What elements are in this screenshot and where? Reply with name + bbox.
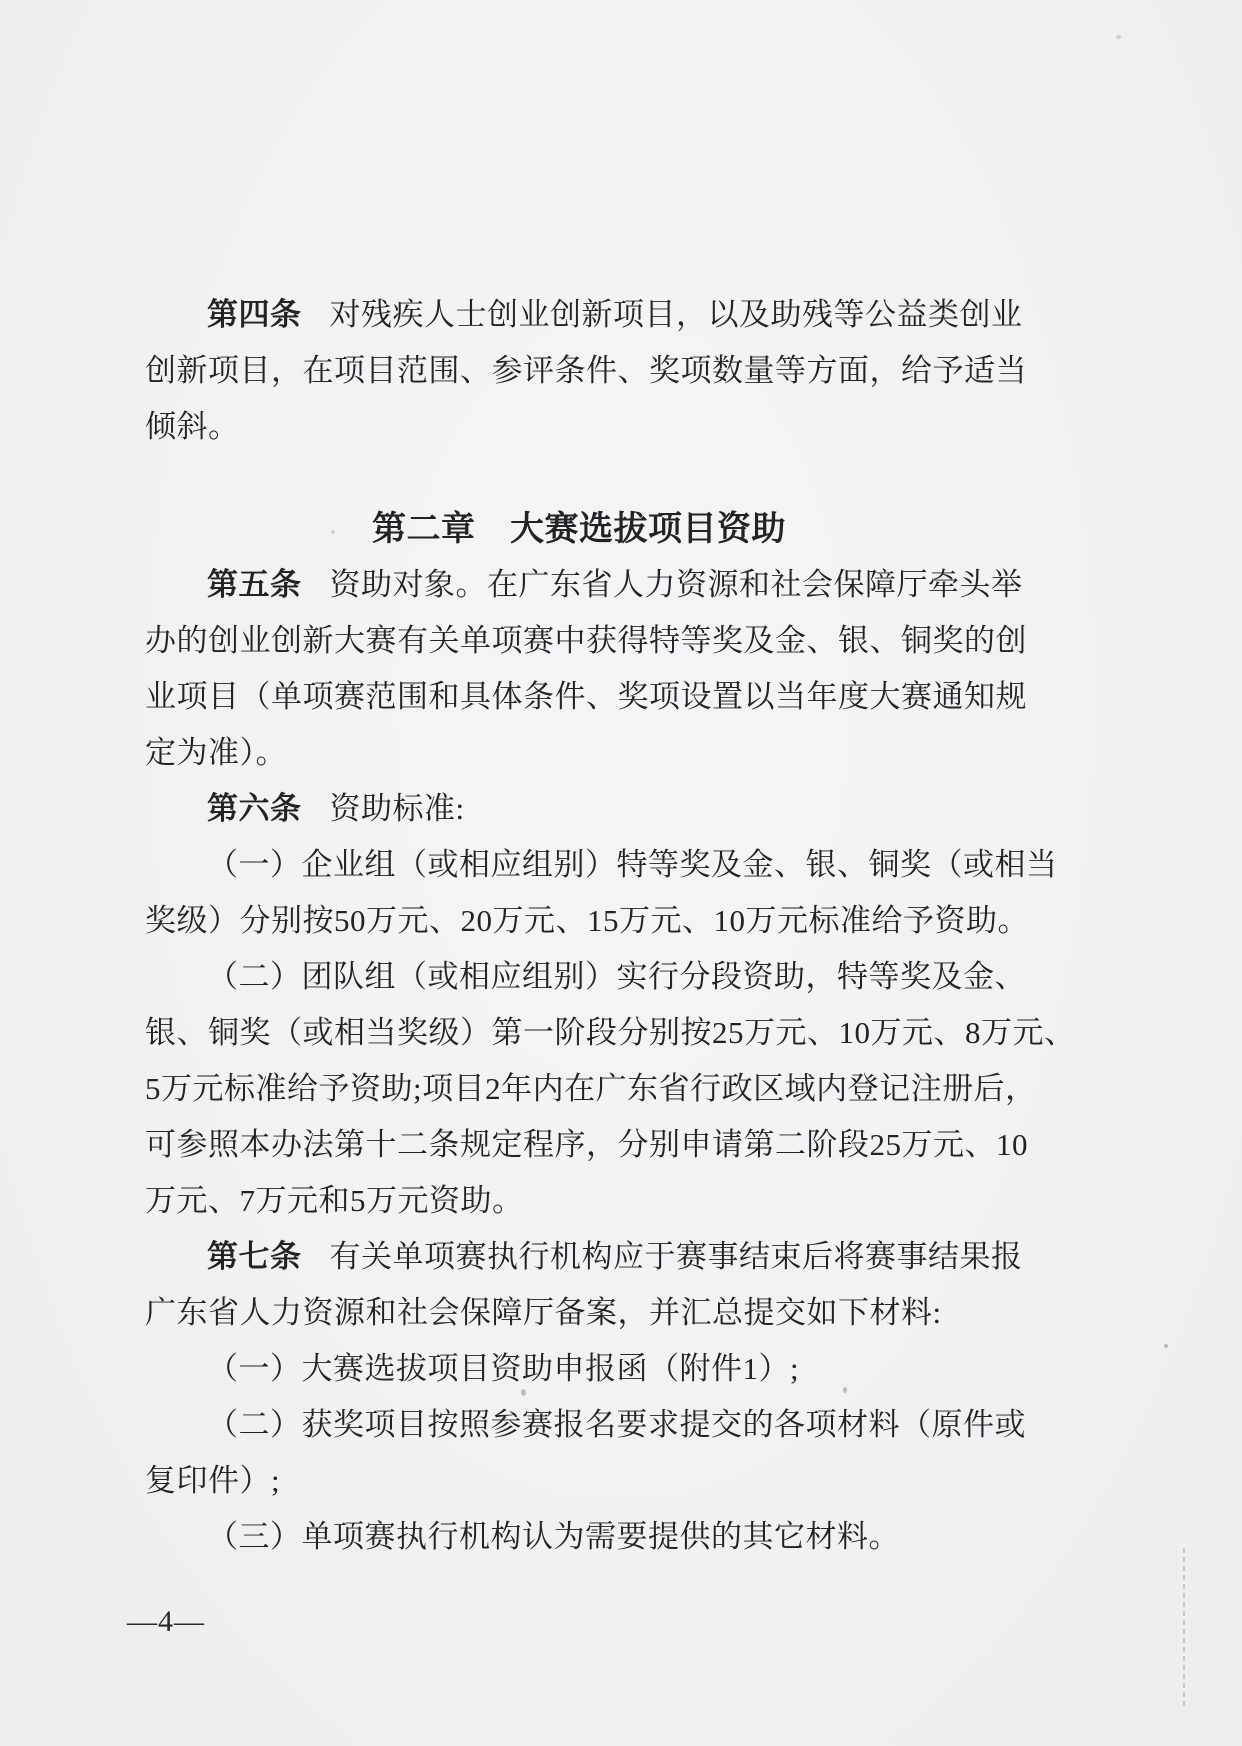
line-text: 银、铜奖（或相当奖级）第一阶段分别按25万元、10万元、8万元、	[145, 1015, 1076, 1050]
scan-speck	[843, 1387, 847, 1393]
line-text: 办的创业创新大赛有关单项赛中获得特等奖及金、银、铜奖的创	[145, 623, 1027, 658]
text-line: 倾斜。	[145, 399, 1013, 455]
line-text: （三）单项赛执行机构认为需要提供的其它材料。	[207, 1519, 900, 1554]
document-paragraph: 第四条对残疾人士创业创新项目，以及助残等公益类创业创新项目，在项目范围、参评条件…	[145, 287, 1013, 455]
document-paragraph: （一）大赛选拔项目资助申报函（附件1）;	[145, 1341, 1013, 1397]
line-text: （二）获奖项目按照参赛报名要求提交的各项材料（原件或	[207, 1407, 1026, 1442]
text-line: 第七条有关单项赛执行机构应于赛事结束后将赛事结果报	[145, 1229, 1013, 1285]
scan-artifact-line	[1183, 1548, 1185, 1710]
text-line: 第六条资助标准:	[145, 781, 1013, 837]
line-text: 业项目（单项赛范围和具体条件、奖项设置以当年度大赛通知规	[145, 679, 1027, 714]
scan-speck	[331, 530, 335, 534]
text-line: 可参照本办法第十二条规定程序，分别申请第二阶段25万元、10	[145, 1117, 1013, 1173]
text-line: 银、铜奖（或相当奖级）第一阶段分别按25万元、10万元、8万元、	[145, 1005, 1013, 1061]
scan-speck	[521, 1389, 526, 1396]
text-line: （二）获奖项目按照参赛报名要求提交的各项材料（原件或	[145, 1397, 1013, 1453]
document-paragraph: 第七条有关单项赛执行机构应于赛事结束后将赛事结果报广东省人力资源和社会保障厅备案…	[145, 1229, 1013, 1341]
document-paragraph: （一）企业组（或相应组别）特等奖及金、银、铜奖（或相当奖级）分别按50万元、20…	[145, 837, 1013, 949]
line-text: 5万元标准给予资助;项目2年内在广东省行政区域内登记注册后，	[145, 1071, 1037, 1106]
text-line: 创新项目，在项目范围、参评条件、奖项数量等方面，给予适当	[145, 343, 1013, 399]
line-text: （二）团队组（或相应组别）实行分段资助，特等奖及金、	[207, 959, 1026, 994]
scan-speck	[1164, 1344, 1168, 1348]
document-body: 第四条对残疾人士创业创新项目，以及助残等公益类创业创新项目，在项目范围、参评条件…	[145, 287, 1013, 1565]
text-line: 复印件）;	[145, 1453, 1013, 1509]
text-line: 定为准）。	[145, 725, 1013, 781]
line-text: 万元、7万元和5万元资助。	[145, 1183, 524, 1218]
line-text: 对残疾人士创业创新项目，以及助残等公益类创业	[330, 297, 1023, 332]
article-number: 第五条	[207, 567, 302, 602]
text-line: （一）大赛选拔项目资助申报函（附件1）;	[145, 1341, 1013, 1397]
line-text: 资助对象。在广东省人力资源和社会保障厅牵头举	[330, 567, 1023, 602]
line-text: 资助标准:	[330, 791, 465, 826]
line-text: （一）企业组（或相应组别）特等奖及金、银、铜奖（或相当	[207, 847, 1058, 882]
line-text: 定为准）。	[145, 735, 287, 770]
article-number: 第四条	[207, 297, 302, 332]
document-paragraph: 第五条资助对象。在广东省人力资源和社会保障厅牵头举办的创业创新大赛有关单项赛中获…	[145, 557, 1013, 781]
line-text: 第二章 大赛选拔项目资助	[372, 510, 786, 548]
document-paragraph: （三）单项赛执行机构认为需要提供的其它材料。	[145, 1509, 1013, 1565]
text-line: （三）单项赛执行机构认为需要提供的其它材料。	[145, 1509, 1013, 1565]
line-text: 奖级）分别按50万元、20万元、15万元、10万元标准给予资助。	[145, 903, 1029, 938]
line-text: （一）大赛选拔项目资助申报函（附件1）;	[207, 1351, 799, 1386]
text-line: 第五条资助对象。在广东省人力资源和社会保障厅牵头举	[145, 557, 1013, 613]
text-line: 万元、7万元和5万元资助。	[145, 1173, 1013, 1229]
text-line: （一）企业组（或相应组别）特等奖及金、银、铜奖（或相当	[145, 837, 1013, 893]
line-text: 倾斜。	[145, 409, 240, 444]
line-text: 可参照本办法第十二条规定程序，分别申请第二阶段25万元、10	[145, 1127, 1028, 1162]
text-line: 第四条对残疾人士创业创新项目，以及助残等公益类创业	[145, 287, 1013, 343]
text-line: 广东省人力资源和社会保障厅备案，并汇总提交如下材料:	[145, 1285, 1013, 1341]
text-line: 第二章 大赛选拔项目资助	[145, 501, 1013, 557]
document-paragraph: （二）团队组（或相应组别）实行分段资助，特等奖及金、银、铜奖（或相当奖级）第一阶…	[145, 949, 1013, 1229]
article-number: 第七条	[207, 1239, 302, 1274]
document-paragraph: 第六条资助标准:	[145, 781, 1013, 837]
text-line: 办的创业创新大赛有关单项赛中获得特等奖及金、银、铜奖的创	[145, 613, 1013, 669]
page-number: —4—	[127, 1602, 205, 1642]
text-line: 业项目（单项赛范围和具体条件、奖项设置以当年度大赛通知规	[145, 669, 1013, 725]
scan-speck	[1116, 35, 1121, 39]
line-text: 广东省人力资源和社会保障厅备案，并汇总提交如下材料:	[145, 1295, 942, 1330]
line-text: 复印件）;	[145, 1463, 280, 1498]
text-line: 奖级）分别按50万元、20万元、15万元、10万元标准给予资助。	[145, 893, 1013, 949]
chapter-heading: 第二章 大赛选拔项目资助	[145, 501, 1013, 557]
document-paragraph: （二）获奖项目按照参赛报名要求提交的各项材料（原件或复印件）;	[145, 1397, 1013, 1509]
text-line: 5万元标准给予资助;项目2年内在广东省行政区域内登记注册后，	[145, 1061, 1013, 1117]
line-text: 创新项目，在项目范围、参评条件、奖项数量等方面，给予适当	[145, 353, 1027, 388]
article-number: 第六条	[207, 791, 302, 826]
text-line: （二）团队组（或相应组别）实行分段资助，特等奖及金、	[145, 949, 1013, 1005]
line-text: 有关单项赛执行机构应于赛事结束后将赛事结果报	[330, 1239, 1023, 1274]
